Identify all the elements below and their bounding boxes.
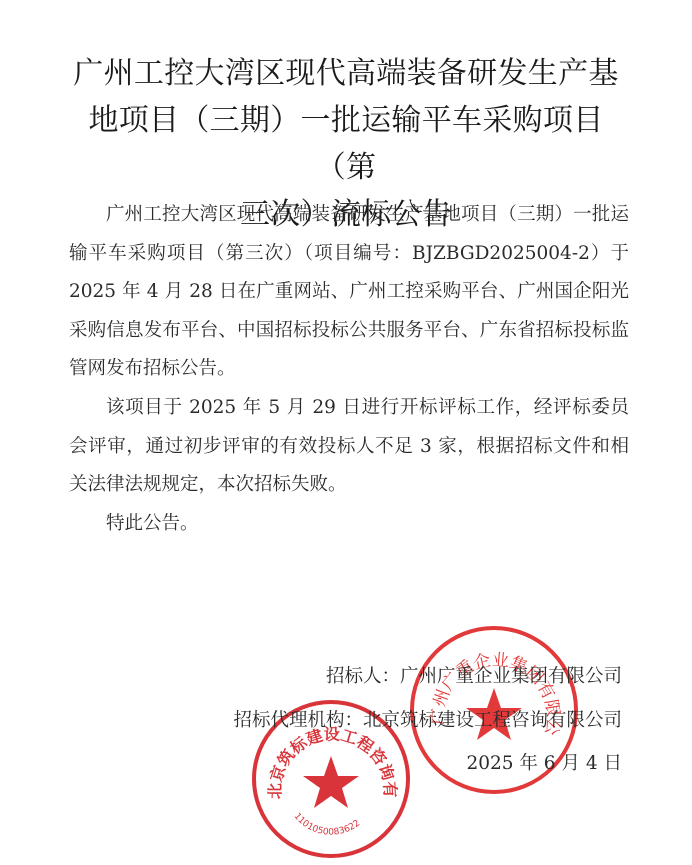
agent-signature: 招标代理机构：北京筑标建设工程咨询有限公司 [233, 706, 622, 732]
title-line-2: 地项目（三期）一批运输平车采购项目（第 [60, 97, 632, 191]
svg-text:1101050083622: 1101050083622 [292, 811, 363, 837]
paragraph-result: 该项目于 2025 年 5 月 29 日进行开标评标工作，经评标委员会评审，通过… [69, 389, 629, 505]
paragraph-announcement: 广州工控大湾区现代高端装备研发生产基地项目（三期）一批运输平车采购项目（第三次）… [69, 196, 629, 389]
tenderer-signature: 招标人：广州广重企业集团有限公司 [326, 662, 622, 688]
title-line-1: 广州工控大湾区现代高端装备研发生产基 [60, 50, 632, 97]
announcement-date: 2025 年 6 月 4 日 [466, 749, 622, 775]
paragraph-closing: 特此公告。 [69, 505, 629, 544]
seal-code: 1101050083622 [292, 811, 363, 837]
document-body: 广州工控大湾区现代高端装备研发生产基地项目（三期）一批运输平车采购项目（第三次）… [69, 196, 629, 543]
